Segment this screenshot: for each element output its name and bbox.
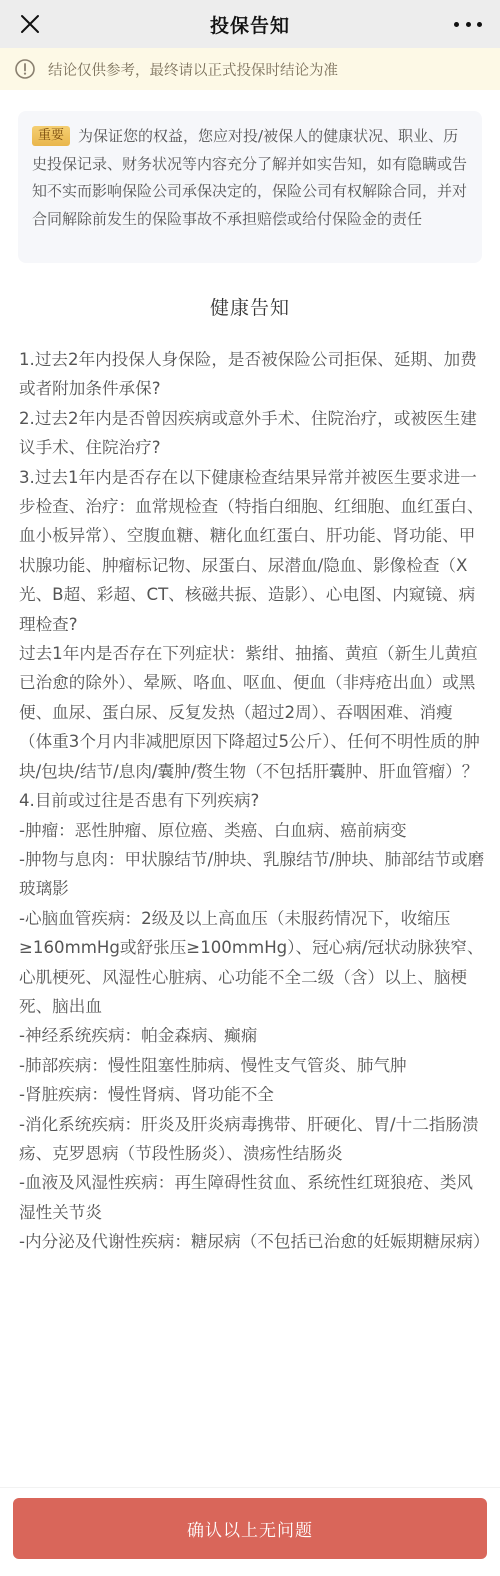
question-1: 1.过去2年内投保人身保险，是否被保险公司拒保、延期、加费或者附加条件承保?: [19, 345, 485, 404]
health-notice-content[interactable]: 1.过去2年内投保人身保险，是否被保险公司拒保、延期、加费或者附加条件承保? 2…: [19, 345, 485, 1478]
important-badge: 重要: [32, 126, 70, 146]
disease-nodules: -肿物与息肉：甲状腺结节/肿块、乳腺结节/肿块、肺部结节或磨玻璃影: [19, 845, 485, 904]
important-notice-card: 重要为保证您的权益，您应对投/被保人的健康状况、职业、历史投保记录、财务状况等内…: [18, 111, 482, 263]
question-4: 4.目前或过往是否患有下列疾病?: [19, 786, 485, 815]
confirm-button[interactable]: 确认以上无问题: [13, 1498, 487, 1559]
health-notice-title: 健康告知: [0, 293, 500, 320]
question-2: 2.过去2年内是否曾因疾病或意外手术、住院治疗，或被医生建议手术、住院治疗?: [19, 404, 485, 463]
disease-neuro: -神经系统疾病：帕金森病、癫痫: [19, 1021, 485, 1050]
exclamation-circle-icon: [14, 58, 36, 80]
disclaimer-banner: 结论仅供参考，最终请以正式投保时结论为准: [0, 48, 500, 90]
close-icon[interactable]: [14, 8, 46, 40]
disease-lung: -肺部疾病：慢性阻塞性肺病、慢性支气管炎、肺气肿: [19, 1051, 485, 1080]
symptoms-question: 过去1年内是否存在下列症状：紫绀、抽搐、黄疸（新生儿黄疸已治愈的除外）、晕厥、咯…: [19, 639, 485, 786]
disclaimer-text: 结论仅供参考，最终请以正式投保时结论为准: [48, 59, 338, 80]
important-notice-text: 为保证您的权益，您应对投/被保人的健康状况、职业、历史投保记录、财务状况等内容充…: [32, 127, 467, 228]
navbar: 投保告知: [0, 0, 500, 48]
more-icon[interactable]: [454, 14, 482, 34]
bottom-bar: 确认以上无问题: [0, 1487, 500, 1576]
disease-digestive: -消化系统疾病：肝炎及肝炎病毒携带、肝硬化、胃/十二指肠溃疡、克罗恩病（节段性肠…: [19, 1110, 485, 1169]
disease-blood: -血液及风湿性疾病：再生障碍性贫血、系统性红斑狼疮、类风湿性关节炎: [19, 1168, 485, 1227]
important-notice-text-block: 重要为保证您的权益，您应对投/被保人的健康状况、职业、历史投保记录、财务状况等内…: [32, 123, 468, 233]
disease-endocrine: -内分泌及代谢性疾病：糖尿病（不包括已治愈的妊娠期糖尿病）: [19, 1227, 485, 1256]
disease-tumor: -肿瘤：恶性肿瘤、原位癌、类癌、白血病、癌前病变: [19, 816, 485, 845]
question-3: 3.过去1年内是否存在以下健康检查结果异常并被医生要求进一步检查、治疗：血常规检…: [19, 463, 485, 639]
disease-cardio: -心脑血管疾病：2级及以上高血压（未服药情况下，收缩压≥160mmHg或舒张压≥…: [19, 904, 485, 1022]
page-title: 投保告知: [210, 11, 290, 38]
disease-kidney: -肾脏疾病：慢性肾病、肾功能不全: [19, 1080, 485, 1109]
